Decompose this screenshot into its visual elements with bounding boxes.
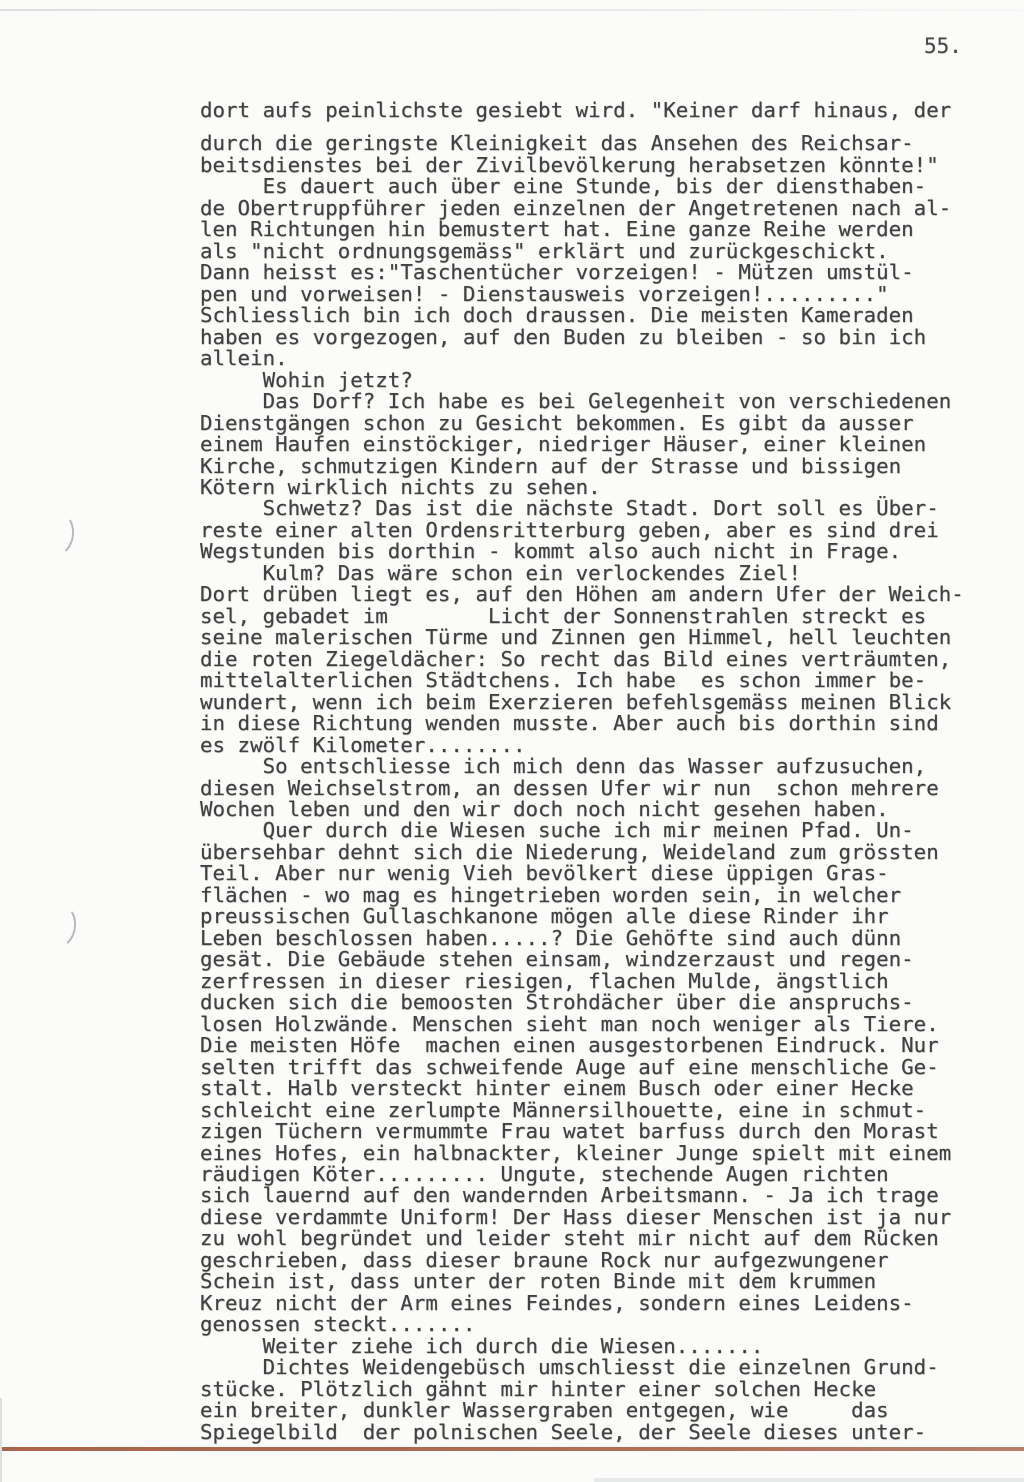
text-line: genossen steckt....... [200, 1314, 990, 1335]
text-line: Schwetz? Das ist die nächste Stadt. Dort… [200, 498, 990, 519]
text-line: einem Haufen einstöckiger, niedriger Häu… [200, 434, 990, 455]
text-line: Quer durch die Wiesen suche ich mir mein… [200, 820, 990, 841]
text-line: als "nicht ordnungsgemäss" erklärt und z… [200, 241, 990, 262]
text-line: diesen Weichselstrom, an dessen Ufer wir… [200, 778, 990, 799]
text-line: Die meisten Höfe machen einen ausgestorb… [200, 1035, 990, 1056]
top-scan-line [0, 9, 1024, 11]
text-line: So entschliesse ich mich denn das Wasser… [200, 756, 990, 777]
text-line: allein. [200, 348, 990, 369]
left-scan-edge [0, 1398, 2, 1482]
text-line: ducken sich die bemoosten Strohdächer üb… [200, 992, 990, 1013]
text-line: in diese Richtung wenden musste. Aber au… [200, 713, 990, 734]
text-line: Weiter ziehe ich durch die Wiesen....... [200, 1336, 990, 1357]
text-line: diese verdammte Uniform! Der Hass dieser… [200, 1207, 990, 1228]
text-line: losen Holzwände. Menschen sieht man noch… [200, 1014, 990, 1035]
text-line: es zwölf Kilometer........ [200, 735, 990, 756]
text-line: eines Hofes, ein halbnackter, kleiner Ju… [200, 1143, 990, 1164]
text-line: schleicht eine zerlumpte Männersilhouett… [200, 1100, 990, 1121]
text-line: Es dauert auch über eine Stunde, bis der… [200, 176, 990, 197]
text-line: übersehbar dehnt sich die Niederung, Wei… [200, 842, 990, 863]
text-line: beitsdienstes bei der Zivilbevölkerung h… [200, 155, 990, 176]
text-line: stücke. Plötzlich gähnt mir hinter einer… [200, 1379, 990, 1400]
text-line: Schliesslich bin ich doch draussen. Die … [200, 305, 990, 326]
text-line: Schein ist, dass unter der roten Binde m… [200, 1271, 990, 1292]
text-line: de Obertruppführer jeden einzelnen der A… [200, 198, 990, 219]
text-line: sel, gebadet im Licht der Sonnenstrahlen… [200, 606, 990, 627]
text-line: Spiegelbild der polnischen Seele, der Se… [200, 1422, 990, 1443]
text-line: Wegstunden bis dorthin - kommt also auch… [200, 541, 990, 562]
text-line: reste einer alten Ordensritterburg geben… [200, 520, 990, 541]
text-line: Kirche, schmutzigen Kindern auf der Stra… [200, 456, 990, 477]
text-line: gesät. Die Gebäude stehen einsam, windze… [200, 949, 990, 970]
text-line: räudigen Köter......... Ungute, stechend… [200, 1164, 990, 1185]
text-line: stalt. Halb versteckt hinter einem Busch… [200, 1078, 990, 1099]
punch-hole-mark [39, 902, 79, 950]
text-line: wundert, wenn ich beim Exerzieren befehl… [200, 692, 990, 713]
text-line: Wochen leben und den wir doch noch nicht… [200, 799, 990, 820]
text-line: durch die geringste Kleinigkeit das Anse… [200, 133, 990, 154]
text-line: selten trifft das schweifende Auge auf e… [200, 1057, 990, 1078]
text-line: Dann heisst es:"Taschentücher vorzeigen!… [200, 262, 990, 283]
text-line: zerfressen in dieser riesigen, flachen M… [200, 971, 990, 992]
text-line: sich lauernd auf den wandernden Arbeitsm… [200, 1185, 990, 1206]
text-line: mittelalterlichen Städtchens. Ich habe e… [200, 670, 990, 691]
text-line: zu wohl begründet und leider steht mir n… [200, 1228, 990, 1249]
text-line: Leben beschlossen haben.....? Die Gehöft… [200, 928, 990, 949]
text-line: ein breiter, dunkler Wassergraben entgeg… [200, 1400, 990, 1421]
document-text: dort aufs peinlichste gesiebt wird. "Kei… [200, 100, 990, 1443]
text-line: Teil. Aber nur wenig Vieh bevölkert dies… [200, 863, 990, 884]
text-line: die roten Ziegeldächer: So recht das Bil… [200, 649, 990, 670]
text-line: haben es vorgezogen, auf den Buden zu bl… [200, 327, 990, 348]
text-line: zigen Tüchern vermummte Frau watet barfu… [200, 1121, 990, 1142]
bottom-terracotta-rule [0, 1447, 1024, 1451]
text-line: Kreuz nicht der Arm eines Feindes, sonde… [200, 1293, 990, 1314]
text-line: Dichtes Weidengebüsch umschliesst die ei… [200, 1357, 990, 1378]
punch-hole-mark [37, 510, 77, 558]
text-line: flächen - wo mag es hingetrieben worden … [200, 885, 990, 906]
text-line: seine malerischen Türme und Zinnen gen H… [200, 627, 990, 648]
text-line: Wohin jetzt? [200, 370, 990, 391]
text-line: preussischen Gullaschkanone mögen alle d… [200, 906, 990, 927]
text-line: pen und vorweisen! - Dienstausweis vorze… [200, 284, 990, 305]
bottom-scan-edge [594, 1478, 1024, 1482]
text-line: dort aufs peinlichste gesiebt wird. "Kei… [200, 100, 990, 121]
text-line: geschrieben, dass dieser braune Rock nur… [200, 1250, 990, 1271]
text-line: Dort drüben liegt es, auf den Höhen am a… [200, 584, 990, 605]
scanned-typewritten-page: 55. dort aufs peinlichste gesiebt wird. … [0, 0, 1024, 1482]
text-line: len Richtungen hin bemustert hat. Eine g… [200, 219, 990, 240]
text-line: Dienstgängen schon zu Gesicht bekommen. … [200, 413, 990, 434]
text-line: Kulm? Das wäre schon ein verlockendes Zi… [200, 563, 990, 584]
text-line: Das Dorf? Ich habe es bei Gelegenheit vo… [200, 391, 990, 412]
page-number: 55. [924, 34, 962, 58]
